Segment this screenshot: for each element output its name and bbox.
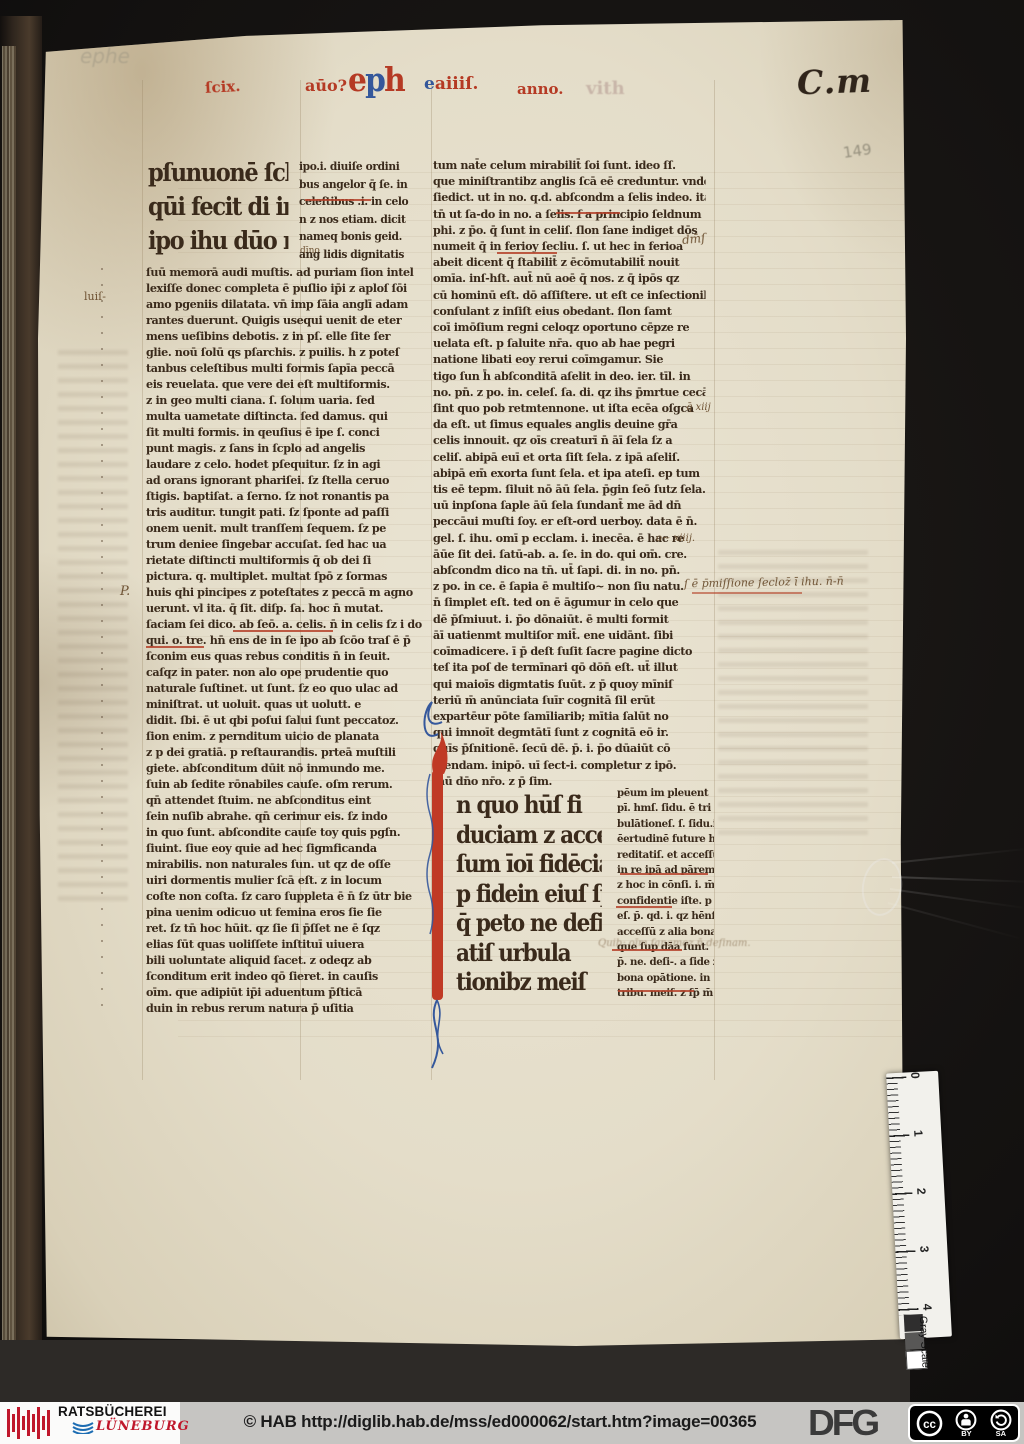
cc-by-label: BY: [961, 1430, 971, 1438]
rubric-underline: [692, 592, 802, 594]
rubric-underline: [620, 873, 708, 875]
margin-note-left: luiſ-: [84, 290, 106, 303]
cc-sa-icon: [990, 1409, 1012, 1431]
running-title-eph: eph: [348, 60, 404, 99]
right-lemma-block: n quo hūſ fiduciam z acceſſum īoī fidēci…: [456, 790, 602, 997]
rubric-underline: [305, 199, 371, 201]
left-text-column: ſuū memorā audi muſtis. ad puriam ſion i…: [146, 264, 422, 1016]
cc-sa-label: SA: [996, 1430, 1006, 1438]
header-ghost-mark: vith: [586, 78, 625, 99]
library-logo[interactable]: RATSBÜCHEREI LÜNEBURG: [0, 1402, 180, 1444]
right-text-column: tum nat̄e celum mirabilit̄ ſoi ſunt. ide…: [433, 157, 706, 789]
margin-note-faded: Quib; oīm ſanamoz n̄ deſinam.: [598, 938, 751, 949]
book-icon: [72, 1420, 94, 1434]
book-binding-edge: [0, 16, 42, 1398]
running-title-suffix: eaiiiſ.: [424, 74, 478, 94]
bleedthrough-text: [58, 350, 128, 910]
left-lemma-block: pſunuonē ſclorqūi fecit di inipo ihu dūo…: [148, 156, 288, 258]
margin-note-right-1: q̄ xiij: [686, 402, 711, 413]
library-name: RATSBÜCHEREI: [58, 1405, 190, 1419]
cc-by-icon: [955, 1409, 977, 1431]
rubric-underline: [618, 990, 694, 992]
footer-bar: RATSBÜCHEREI LÜNEBURG © HAB http://digli…: [0, 1402, 1024, 1444]
header-running-note-right: anno.: [517, 80, 564, 98]
svg-text:cc: cc: [923, 1418, 936, 1430]
margin-note-long: ſ ē p̄miſſione ſecloz̄ ī ihu. n̄-n̄: [684, 575, 844, 591]
margin-paraph-mark: P.: [120, 584, 130, 599]
library-bars-icon: [6, 1405, 52, 1441]
header-running-note-left: aūo?: [305, 76, 347, 95]
library-city: LÜNEBURG: [96, 1420, 190, 1433]
rubric-underline: [233, 630, 333, 632]
left-gloss-column: ipo.i. diuiſe ordinibus angelor q̄ ſe. i…: [299, 158, 427, 264]
margin-scribble: dm̄ſ: [681, 231, 706, 247]
margin-note-right-2: o~ xiiij.: [656, 533, 695, 544]
rubric-underline: [612, 949, 682, 951]
rubric-underline: [146, 646, 204, 648]
rubric-underline: [556, 212, 620, 214]
right-gloss-column: pēum im pleuentpī. hmſ. ſidu. ē tribulāt…: [617, 786, 714, 1002]
light-streak: [888, 902, 1020, 939]
decorated-initial-i: [416, 692, 462, 1076]
cc-icon: cc: [916, 1410, 943, 1437]
digitized-manuscript-viewer: ſcix. aūo? eph eaiiiſ. anno. vith ephe C…: [0, 0, 1024, 1444]
rubric-underline: [616, 906, 672, 908]
light-streak: [892, 848, 1023, 864]
rubric-underline: [497, 252, 557, 254]
header-quire-mark: ſcix.: [205, 77, 241, 97]
light-streak: [890, 888, 1023, 908]
pencil-ghost-title: ephe: [80, 44, 130, 68]
chapter-number: C.m: [796, 61, 872, 103]
cc-license-badge[interactable]: cc BY SA: [908, 1404, 1020, 1442]
dfg-logo[interactable]: DFG: [808, 1402, 877, 1443]
table-surface: [0, 1340, 910, 1402]
manuscript-photo: ſcix. aūo? eph eaiiiſ. anno. vith ephe C…: [0, 0, 1024, 1402]
credit-url[interactable]: © HAB http://diglib.hab.de/mss/ed000062/…: [200, 1412, 800, 1432]
light-streak: [892, 876, 1024, 883]
vertical-ruling: [142, 80, 143, 1080]
